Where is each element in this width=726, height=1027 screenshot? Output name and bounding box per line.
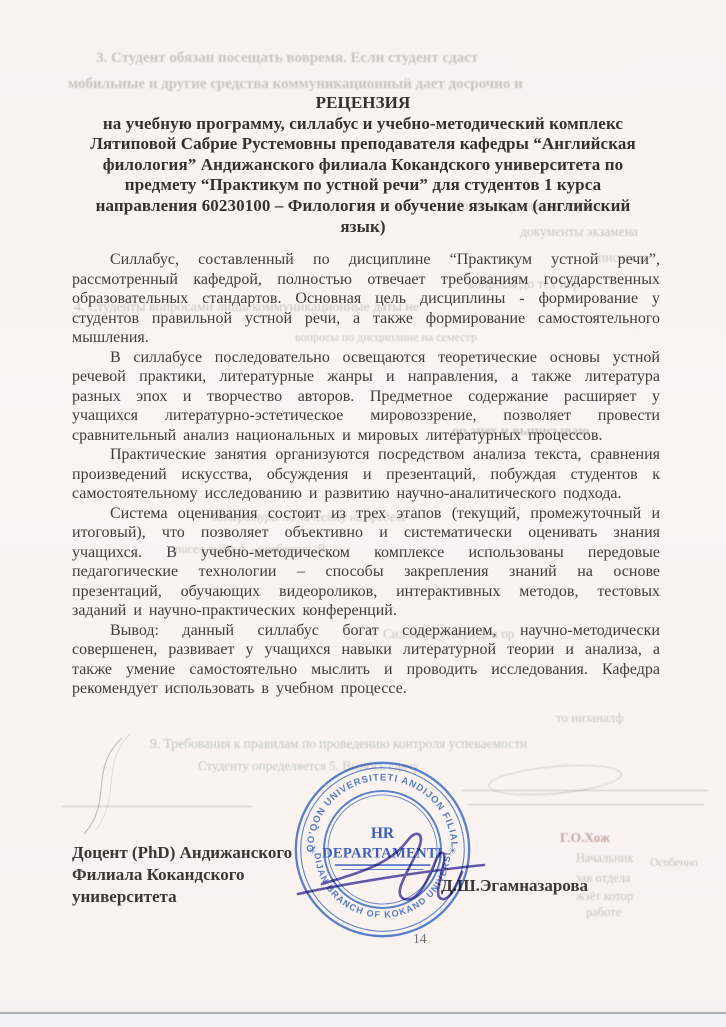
paragraph: В силлабусе последовательно освещаются т… [72,348,660,446]
bleedthrough-fragment: работе [586,905,621,920]
bleedthrough-fragment: 9. Требования к правилам по проведению к… [150,736,527,752]
bleedthrough-fragment: Начальник [576,851,633,866]
paragraph: Система оценивания состоит из трех этапо… [72,504,660,621]
scan-bottom-edge [0,1012,726,1027]
paragraph: Практические занятия организуются посред… [72,445,660,504]
title-line: Лятиповой Сабрие Рустемовны преподавател… [40,134,686,155]
bleedthrough-fragment: Г.О.Хож [560,830,610,846]
bleedthrough-fragment: то низаналф [556,710,624,726]
bleedthrough-fragment: Особенно [650,857,698,869]
signature-block-line: Доцент (PhD) Андижанского [72,842,292,864]
title-line: язык) [40,217,686,238]
title-line: РЕЦЕНЗИЯ [40,93,686,114]
bleedthrough-fragment: 3. Студент обязан посещать вовремя. Если… [96,50,478,67]
paragraph: Вывод: данный силлабус богат содержанием… [72,621,660,699]
title-line: предмету “Практикум по устной речи” для … [40,175,686,196]
signature-block-line: университета [72,886,292,908]
pencil-swirl-mark [70,730,160,850]
title-line: направления 60230100 – Филология и обуче… [40,196,686,217]
review-title: РЕЦЕНЗИЯна учебную программу, силлабус и… [40,93,686,237]
scanned-page: 3. Студент обязан посещать вовремя. Если… [0,0,726,1027]
bleedthrough-signature-loop [487,760,623,800]
signature-block: Доцент (PhD) АндижанскогоФилиала Кокандс… [72,842,292,908]
handwritten-signature [292,820,492,925]
signature-block-line: Филиала Кокандского [72,864,292,886]
review-body: Силлабус, составленный по дисциплине “Пр… [72,250,660,699]
bleedthrough-rule-right [468,804,704,805]
bleedthrough-fragment: мобильные и другие средства коммуникацио… [68,76,523,93]
paragraph: Силлабус, составленный по дисциплине “Пр… [72,250,660,348]
title-line: филология” Андижанского филиала Кокандск… [40,155,686,176]
title-line: на учебную программу, силлабус и учебно-… [40,114,686,135]
